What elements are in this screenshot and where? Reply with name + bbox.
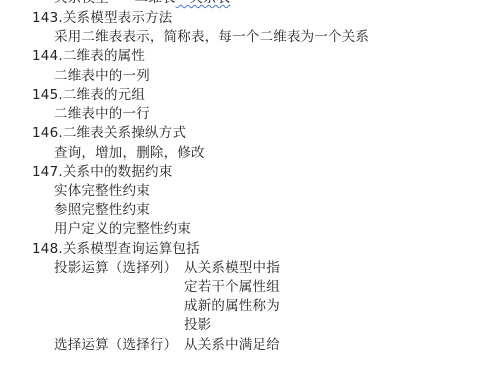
item-143-heading: 143.关系模型表示方法 [32, 9, 172, 28]
spellcheck-underlined-text: —关系表 [176, 0, 231, 6]
item-146-body: 查询，增加，删除，修改 [54, 144, 205, 163]
item-title: 关系模型查询运算包括 [63, 241, 200, 257]
item-146-heading: 146.二维表关系操纵方式 [32, 124, 186, 143]
definition-projection-line-1: 从关系模型中指 [184, 259, 280, 278]
document-page: 关系模型—二维表—关系表 143.关系模型表示方法 采用二维表表示，简称表，每一… [0, 0, 499, 366]
item-title: 关系中的数据约束 [63, 164, 173, 180]
item-144-heading: 144.二维表的属性 [32, 47, 145, 66]
term-selection: 选择运算（选择行） [54, 336, 177, 355]
item-143-body: 采用二维表表示，简称表，每一个二维表为一个关系 [54, 28, 369, 47]
partial-top-line: 关系模型—二维表—关系表 [54, 0, 230, 8]
item-147-body-3: 用户定义的完整性约束 [54, 220, 191, 239]
item-148-heading: 148.关系模型查询运算包括 [32, 240, 200, 259]
definition-projection-line-3: 成新的属性称为 [184, 297, 280, 316]
item-number: 144. [32, 48, 63, 64]
definition-projection-line-4: 投影 [184, 316, 211, 335]
item-144-body: 二维表中的一列 [54, 67, 150, 86]
item-title: 二维表的属性 [63, 48, 145, 64]
item-number: 146. [32, 125, 63, 141]
item-145-body: 二维表中的一行 [54, 105, 150, 124]
item-147-body-1: 实体完整性约束 [54, 182, 150, 201]
item-number: 147. [32, 164, 63, 180]
item-147-body-2: 参照完整性约束 [54, 201, 150, 220]
item-title: 关系模型表示方法 [63, 10, 173, 26]
item-title: 二维表的元组 [63, 87, 145, 103]
definition-projection-line-2: 定若干个属性组 [184, 278, 280, 297]
definition-selection-line-1: 从关系中满足给 [184, 336, 280, 355]
partial-dash: — [109, 0, 135, 6]
item-number: 145. [32, 87, 63, 103]
partial-prefix: 关系模型 [54, 0, 109, 6]
term-projection: 投影运算（选择列） [54, 259, 177, 278]
item-145-heading: 145.二维表的元组 [32, 86, 145, 105]
item-number: 143. [32, 10, 63, 26]
item-title: 二维表关系操纵方式 [63, 125, 186, 141]
partial-middle: 二维表 [135, 0, 176, 6]
item-number: 148. [32, 241, 63, 257]
item-147-heading: 147.关系中的数据约束 [32, 163, 172, 182]
